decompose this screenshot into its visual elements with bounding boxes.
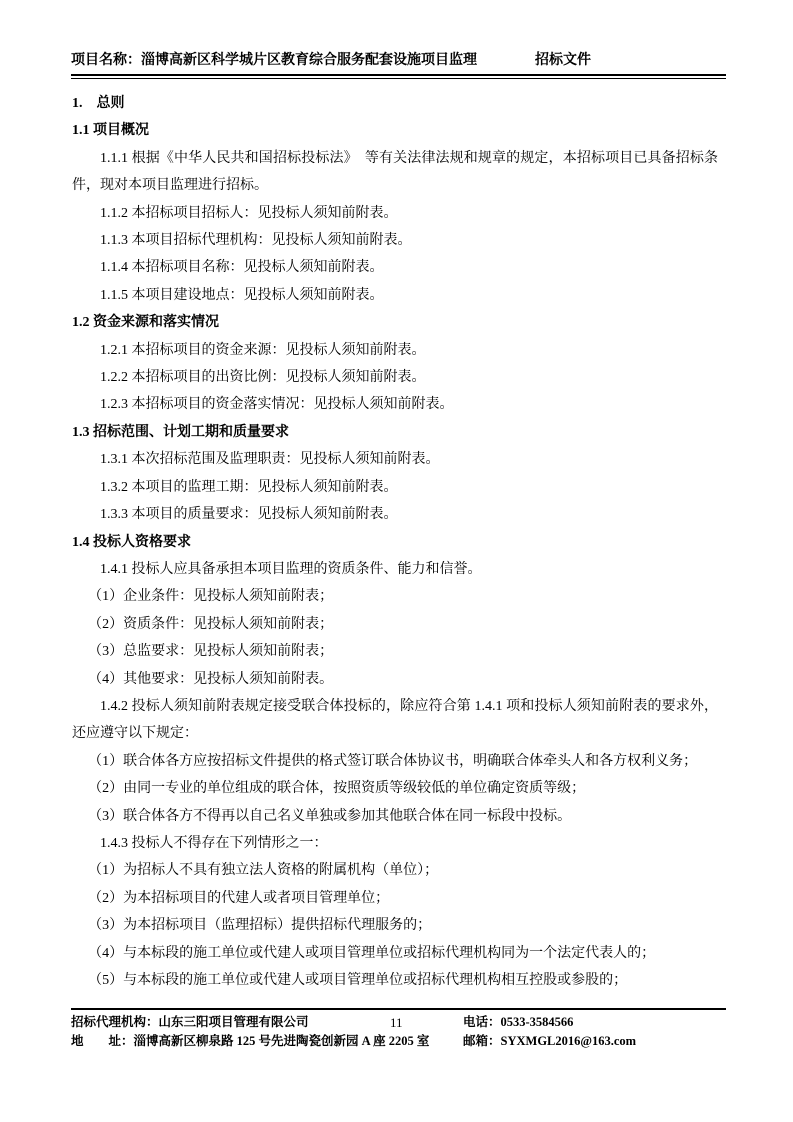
- paragraph: 1.1.2 本招标项目招标人：见投标人须知前附表。: [72, 200, 718, 227]
- address-value: 淄博高新区柳泉路 125 号先进陶瓷创新园 A 座 2205 室: [134, 1034, 430, 1048]
- footer-contact-block: 电话：0533-3584566 邮箱：SYXMGL2016@163.com: [463, 1013, 636, 1051]
- paragraph: 1.2.3 本招标项目的资金落实情况：见投标人须知前附表。: [72, 391, 718, 418]
- list-item: （2）为本招标项目的代建人或者项目管理单位；: [72, 885, 718, 912]
- footer-phone-line: 电话：0533-3584566: [463, 1013, 636, 1032]
- footer-agency-block: 招标代理机构：山东三阳项目管理有限公司 地 址：淄博高新区柳泉路 125 号先进…: [71, 1013, 429, 1051]
- document-page: 项目名称：淄博高新区科学城片区教育综合服务配套设施项目监理 招标文件 1. 总则…: [0, 0, 793, 1122]
- email-label: 邮箱：: [463, 1034, 501, 1048]
- address-label: 地 址：: [71, 1034, 134, 1048]
- header-divider-thin-line: [71, 78, 726, 79]
- paragraph: 1.1.4 本招标项目名称：见投标人须知前附表。: [72, 254, 718, 281]
- footer-agency-line: 招标代理机构：山东三阳项目管理有限公司: [71, 1013, 429, 1032]
- paragraph: 1.4.3 投标人不得存在下列情形之一：: [72, 830, 718, 857]
- paragraph: 1.3.3 本项目的质量要求：见投标人须知前附表。: [72, 501, 718, 528]
- paragraph: 1.1.3 本项目招标代理机构：见投标人须知前附表。: [72, 227, 718, 254]
- list-item: （4）与本标段的施工单位或代建人或项目管理单位或招标代理机构同为一个法定代表人的…: [72, 940, 718, 967]
- page-header: 项目名称：淄博高新区科学城片区教育综合服务配套设施项目监理 招标文件: [71, 51, 726, 70]
- section-heading: 1.4 投标人资格要求: [72, 529, 718, 556]
- footer-divider: [71, 1008, 726, 1010]
- paragraph: 1.3.1 本次招标范围及监理职责：见投标人须知前附表。: [72, 446, 718, 473]
- section-heading: 1.1 项目概况: [72, 117, 718, 144]
- list-item: （3）联合体各方不得再以自己名义单独或参加其他联合体在同一标段中投标。: [72, 803, 718, 830]
- agency-label: 招标代理机构：: [71, 1015, 159, 1029]
- email-value: SYXMGL2016@163.com: [501, 1034, 637, 1048]
- paragraph: 1.1.1 根据《中华人民共和国招标投标法》 等有关法律法规和规章的规定，本招标…: [72, 145, 718, 200]
- list-item: （2）资质条件：见投标人须知前附表；: [72, 611, 718, 638]
- page-number: 11: [390, 1013, 403, 1032]
- list-item: （1）企业条件：见投标人须知前附表；: [72, 583, 718, 610]
- paragraph: 1.2.2 本招标项目的出资比例：见投标人须知前附表。: [72, 364, 718, 391]
- section-heading: 1. 总则: [72, 90, 718, 117]
- paragraph: 1.2.1 本招标项目的资金来源：见投标人须知前附表。: [72, 337, 718, 364]
- section-heading: 1.2 资金来源和落实情况: [72, 309, 718, 336]
- footer-address-line: 地 址：淄博高新区柳泉路 125 号先进陶瓷创新园 A 座 2205 室: [71, 1032, 429, 1051]
- paragraph: 1.3.2 本项目的监理工期：见投标人须知前附表。: [72, 474, 718, 501]
- list-item: （1）联合体各方应按招标文件提供的格式签订联合体协议书，明确联合体牵头人和各方权…: [72, 748, 718, 775]
- section-heading: 1.3 招标范围、计划工期和质量要求: [72, 419, 718, 446]
- paragraph: 1.1.5 本项目建设地点：见投标人须知前附表。: [72, 282, 718, 309]
- project-name: 淄博高新区科学城片区教育综合服务配套设施项目监理: [141, 53, 477, 68]
- list-item: （5）与本标段的施工单位或代建人或项目管理单位或招标代理机构相互控股或参股的；: [72, 967, 718, 994]
- document-body: 1. 总则 1.1 项目概况 1.1.1 根据《中华人民共和国招标投标法》 等有…: [72, 90, 718, 994]
- footer-email-line: 邮箱：SYXMGL2016@163.com: [463, 1032, 636, 1051]
- paragraph: 1.4.1 投标人应具备承担本项目监理的资质条件、能力和信誉。: [72, 556, 718, 583]
- paragraph: 1.4.2 投标人须知前附表规定接受联合体投标的，除应符合第 1.4.1 项和投…: [72, 693, 718, 748]
- project-name-label: 项目名称：: [71, 53, 141, 68]
- list-item: （4）其他要求：见投标人须知前附表。: [72, 666, 718, 693]
- header-divider: [71, 74, 726, 79]
- list-item: （2）由同一专业的单位组成的联合体，按照资质等级较低的单位确定资质等级；: [72, 775, 718, 802]
- phone-label: 电话：: [463, 1015, 501, 1029]
- doc-type-label: 招标文件: [535, 51, 591, 70]
- agency-name: 山东三阳项目管理有限公司: [159, 1015, 309, 1029]
- list-item: （1）为招标人不具有独立法人资格的附属机构（单位）；: [72, 857, 718, 884]
- list-item: （3）为本招标项目（监理招标）提供招标代理服务的；: [72, 912, 718, 939]
- phone-value: 0533-3584566: [501, 1015, 574, 1029]
- list-item: （3）总监要求：见投标人须知前附表；: [72, 638, 718, 665]
